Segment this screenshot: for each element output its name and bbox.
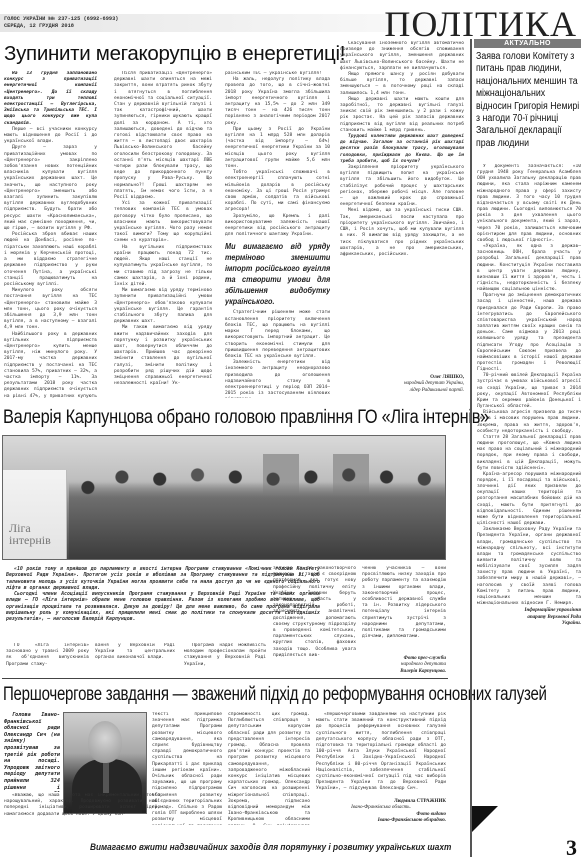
article1-headline: Зупинити мегакорупцію в енергетиці! [4,42,345,66]
article3-lead: Голова Івано-Франківської обласної ради … [4,712,60,792]
paragraph: ченню учасників — вони просвітлюють низк… [362,566,446,640]
photo-crowd [69,456,446,560]
paragraph: Друге — зараз у приватизаційних умовах п… [4,145,97,232]
publication-issue: ГОЛОС УКРАЇНИ №№ 237-125 (6992-6993) [4,16,118,23]
paragraph: Зрозуміло, що Кремль і далі використовув… [225,214,330,239]
paragraph: Закріплення пріоритету українського вугі… [340,165,464,208]
article2-column-3: Програма надає можливість молодим профес… [184,643,266,675]
paragraph: Усі за кожної приватизації теплових комп… [114,201,212,244]
group-photo: Ліга інтернів [2,435,446,560]
sidebar-body: У документі зазначається: «10 грудня 194… [477,164,581,854]
paragraph: Після приватизації «Центренерго» державн… [114,71,212,201]
paragraph: Стратегічним рішенням може стати встанов… [225,310,330,360]
paragraph: При цьому з Росії до України вугілля на … [225,127,330,170]
divider [2,678,448,679]
portrait-head [88,721,122,763]
publication-date: СЕРЕДА, 12 ГРУДНЯ 2018 [4,23,118,30]
sidebar-credit: Інформаційне управління апарату Верховно… [477,608,581,627]
article2-headline: Валерія Карпунцова обрано головою правлі… [3,407,489,429]
paragraph: Найбільшого року в державних вугільних п… [4,332,97,398]
article2-column-2: вання у Верховній Раді України та центра… [95,643,175,675]
paragraph: Скасування іноземного вугілля автоматичн… [340,41,464,72]
masthead: ГОЛОС УКРАЇНИ №№ 237-125 (6992-6993) СЕР… [0,0,583,40]
masthead-info: ГОЛОС УКРАЇНИ №№ 237-125 (6992-6993) СЕР… [4,16,118,30]
article1-column-2: Після приватизації «Центренерго» державн… [114,71,212,398]
paragraph: У документі зазначається: «10 грудня 194… [477,164,581,244]
paragraph: Залежність енергетики від іноземного ант… [225,360,330,398]
liga-internuv-banner: Ліга інтернів [3,470,67,560]
paragraph: Військова агресія призвела до тисяч жерт… [477,410,581,435]
author-party: лідер Радикальної партії. [340,388,464,394]
article1-pull-quote: Ми вимагаємо від уряду терміново зменшит… [225,241,330,307]
paragraph: Минулого року обсяги постачання вугілля … [4,288,97,331]
sidebar-title: Заява голови Комітету з питань прав люди… [476,51,582,150]
portrait-tie [103,763,109,793]
article1-column-3: раїнським ТЕС — українське вугілля! На ж… [225,71,330,398]
paragraph: Якщо прямого шансу у росіян добувати біл… [340,72,464,97]
article2-column-4: залучає їх до законотворчого процесу, а … [273,566,356,676]
paragraph: Якщо державні шахти мають кошти для заро… [340,97,464,134]
paragraph: Програма надає можливість молодим профес… [184,643,266,668]
paragraph: На жаль, недолугу політику влада провела… [225,77,330,127]
article1-signature: Олег ЛЯШКО, народний депутат України, лі… [340,375,464,394]
paragraph: Закликаємо Верховну Раду України та През… [477,527,581,607]
paragraph: Ми також вимагаємо від уряду вжити надзв… [114,325,212,387]
sidebar-badge: АКТУАЛЬНО [474,39,581,48]
sidebar-aktualno: АКТУАЛЬНО Заява голови Комітету з питань… [470,39,581,857]
paragraph: Трудові колективи державних шахт доведен… [340,134,464,165]
footer: Вимагаємо вжити надзвичайних заходів для… [0,835,583,863]
paragraph: Стаття 28 Загальної декларації прав люди… [477,435,581,472]
paragraph: вання у Верховній Раді України та центра… [95,643,175,662]
paragraph: Тобто українські споживачі в електроенер… [225,170,330,213]
article2-column-5: ченню учасників — вони просвітлюють низк… [362,566,446,654]
article2-photo-credit: Фото прес-служби народного депутата Вале… [362,656,446,675]
article3-headline: Першочергове завдання — зважений підхід … [3,684,547,706]
page-corner-fold-icon [472,806,498,832]
article3-signature: Людмила СТРАЖНИК Івано-Франківська облас… [316,799,446,825]
article1-column-1: На 13 грудня заплановано конкурс з прива… [4,71,97,398]
paragraph: 70-річний ювілей Декларації Україна зуст… [477,373,581,410]
footer-slogan: Вимагаємо вжити надзвичайних заходів для… [90,842,451,852]
paragraph: Перше — всі учасники конкурсу мають відн… [4,127,97,146]
article3-column-1: «Вважаю, що наша робота має інкременталь… [4,793,160,825]
paragraph: ГО «Ліга інтернів» засновано у травні 20… [6,643,89,668]
paragraph: «Україна, як одна з держав—засновниць ОО… [477,244,581,293]
article1-lead: На 13 грудня заплановано конкурс з прива… [4,71,97,127]
paragraph: Російська зброя вбиває наших людей на До… [4,232,97,288]
paragraph: Країна-агресор порушила міжнародний поря… [477,472,581,527]
paragraph: залучає їх до законотворчого процесу, а … [273,566,356,659]
article3-column-2: тексті принципове значення має підтримка… [152,712,222,825]
page-number: 3 [566,835,577,861]
paragraph: На вугільних підприємствах країни працюю… [114,245,212,288]
article3-column-4: «Першочерговими завданнями на наступний … [316,712,446,800]
paragraph: Прагнучи до зміцнення демократичних заса… [477,293,581,373]
paragraph: Мені відомо, що за українські тиски США.… [340,208,464,258]
article3-column-3: спроможності цих громад. Поглиблюється с… [228,712,310,825]
article1-column-4: Скасування іноземного вугілля автоматичн… [340,41,464,369]
article2-column-1: ГО «Ліга інтернів» засновано у травні 20… [6,643,89,675]
paragraph: Ми вимагаємо від уряду терміново зупинит… [114,288,212,325]
section-title: ПОЛІТИКА [384,6,577,42]
